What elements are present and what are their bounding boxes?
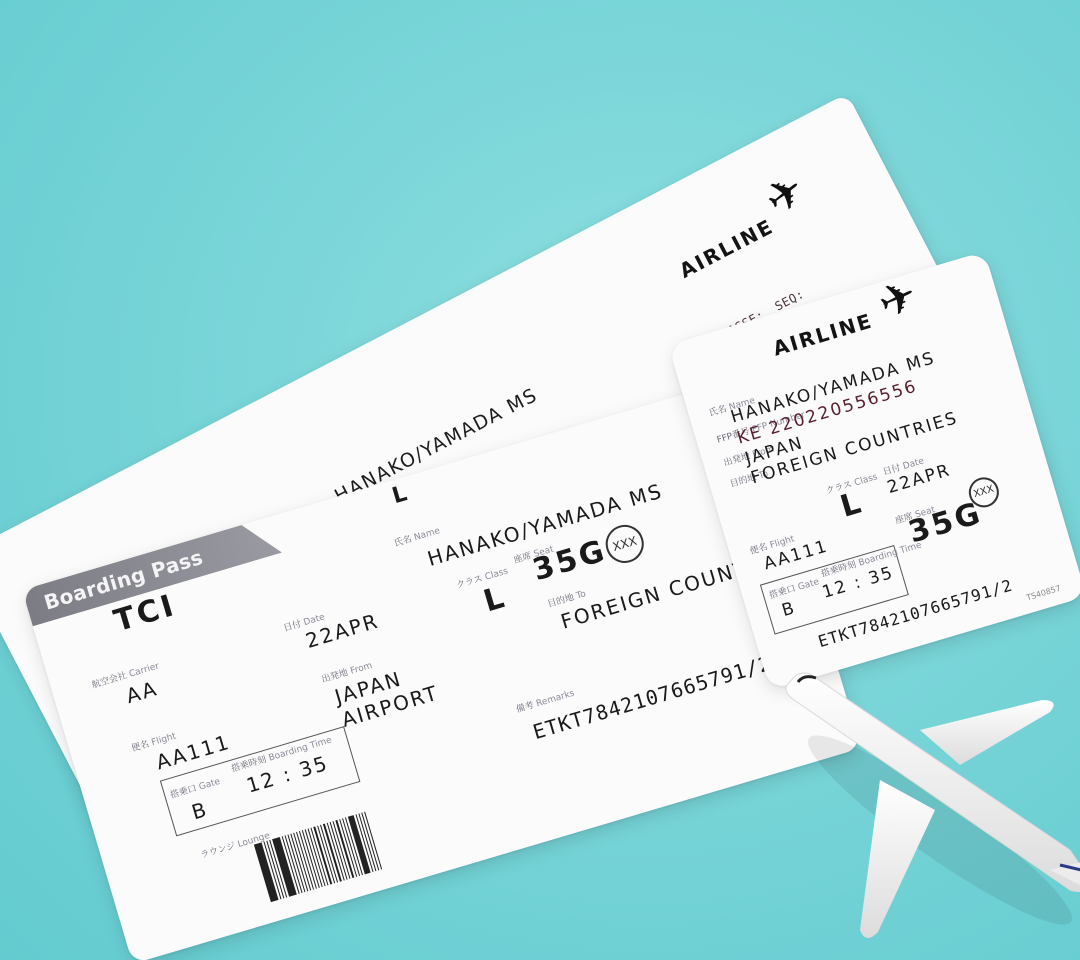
barcode [254, 811, 384, 902]
seat-value: 35G [529, 533, 611, 588]
toy-airplane-icon [770, 660, 1080, 960]
class-top: L [389, 481, 410, 509]
stub-serial: TS40857 [1025, 584, 1062, 603]
toy-airplane [770, 660, 1080, 960]
class-value: L [480, 580, 511, 620]
stub-airline-logo: AIRLINE [770, 308, 875, 360]
back-airline-logo: AIRLINE [675, 214, 777, 283]
carrier-value: AA [123, 676, 160, 708]
stub-class-value: L [836, 485, 867, 525]
airplane-icon: ✈ [872, 272, 924, 327]
